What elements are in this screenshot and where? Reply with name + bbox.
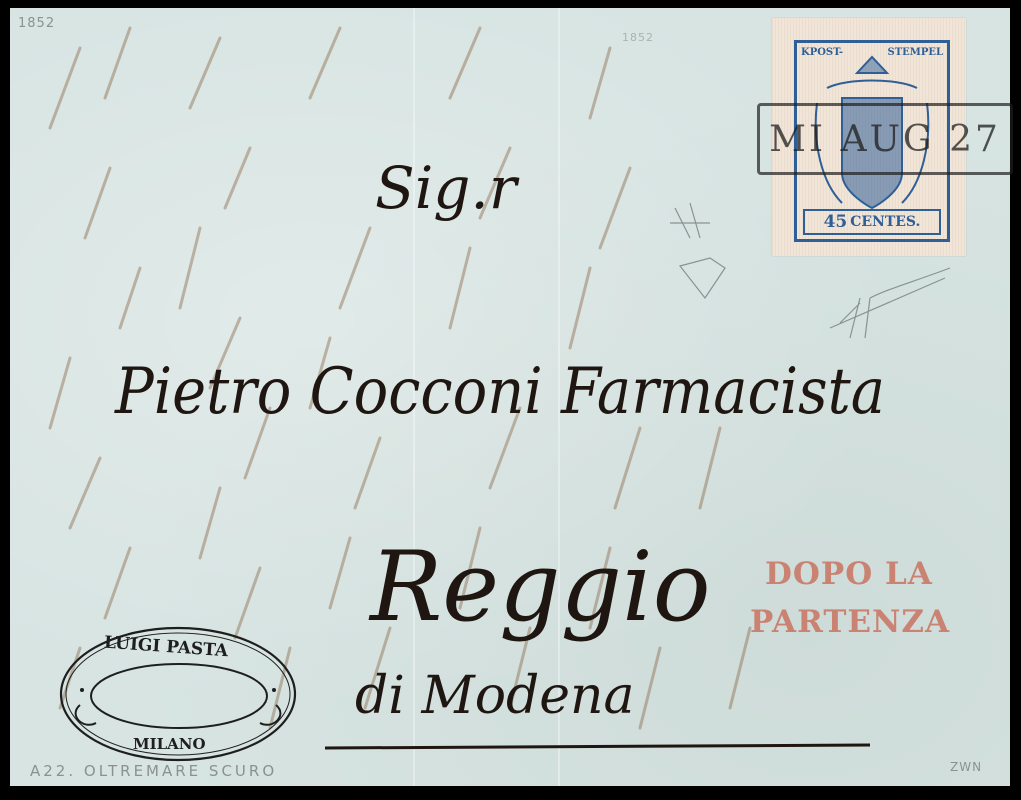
address-region: di Modena <box>355 666 635 726</box>
sender-cachet: LUIGI PASTA MILANO <box>58 625 298 763</box>
postmark-text: MI AUG 27 <box>769 119 1001 160</box>
cachet-bottom-text: MILANO <box>133 735 206 753</box>
address-city: Reggio <box>368 531 711 643</box>
red-handstamp-line1: DOPO LA <box>765 556 933 592</box>
address-underline <box>325 745 870 748</box>
address-name: Pietro Cocconi Farmacista <box>114 355 885 429</box>
stamp-currency: CENTES. <box>850 214 920 230</box>
stamp-value: 45 <box>824 212 848 232</box>
red-handstamp-line2: PARTENZA <box>750 604 950 640</box>
stamp-value-panel: 45 CENTES. <box>803 209 941 235</box>
address-salutation: Sig.r <box>375 154 520 222</box>
postmark-cancel: MI AUG 27 <box>757 103 1013 175</box>
